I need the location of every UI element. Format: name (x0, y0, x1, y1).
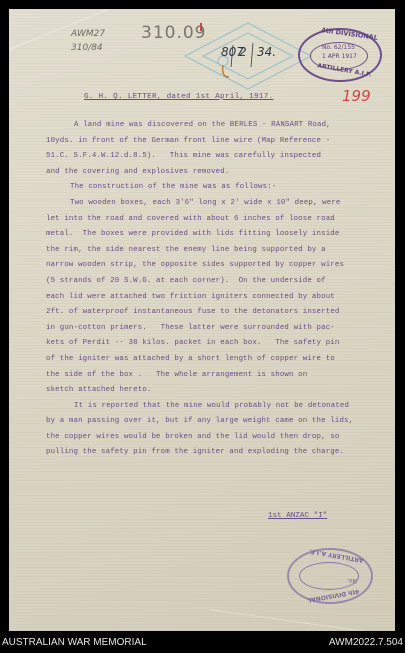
signature-block: 1st ANZAC "I" (268, 512, 327, 520)
text-line: the rim, the side nearest the enemy line… (46, 243, 376, 259)
text-line: 51.C. S.F.4.W.12.d.8.5). This mine was c… (46, 149, 376, 165)
text-line: the copper wires would be broken and the… (46, 430, 376, 446)
text-line: The construction of the mine was as foll… (46, 180, 376, 196)
division-stamp-date: 1 APR 1917 (322, 53, 357, 60)
paper-fold (209, 609, 387, 631)
text-line: metal. The boxes were provided with lids… (46, 227, 376, 243)
document-body: A land mine was discovered on the BERLES… (46, 118, 376, 461)
text-line: A land mine was discovered on the BERLES… (46, 118, 376, 134)
text-line: 2ft. of waterproof instantaneous fuse to… (46, 305, 376, 321)
handwritten-ref-top: AWM27 (71, 29, 105, 39)
bottom-stamp-inner (299, 562, 359, 590)
division-stamp-number: No. 62/155 (322, 44, 355, 51)
red-pencil-number: 199 (342, 87, 371, 105)
registry-entry-2: 2 (239, 45, 247, 59)
registry-stamp-diamond-icon (183, 21, 313, 91)
text-line: each lid were attached two friction igni… (46, 290, 376, 306)
registry-entry-3: 34. (257, 45, 276, 59)
registry-stamp: 807 2 34. (183, 21, 313, 91)
text-line: by a man passing over it, but if any lar… (46, 414, 376, 430)
handwritten-ref-bottom: 310/84 (71, 43, 103, 53)
text-line: in gun-cotton primers. These latter were… (46, 321, 376, 337)
document-page: AWM27 310/84 310.09 807 2 34. 4th DIVISI… (9, 9, 395, 631)
text-line: of the igniter was attached by a short l… (46, 352, 376, 368)
text-line: 10yds. in front of the German front line… (46, 134, 376, 150)
text-line: (5 strands of 20 S.W.G. at each corner).… (46, 274, 376, 290)
text-line: let into the road and covered with about… (46, 212, 376, 228)
bottom-stamp-number: No. (347, 577, 357, 584)
text-line: the side of the box . The whole arrangem… (46, 368, 376, 384)
text-line: sketch attached hereto. (46, 383, 376, 399)
text-line: and the covering and explosives removed. (46, 165, 376, 181)
text-line: kets of Perdit -- 38 kilos. packet in ea… (46, 336, 376, 352)
text-line: It is reported that the mine would proba… (46, 399, 376, 415)
footer-institution: AUSTRALIAN WAR MEMORIAL (2, 637, 147, 648)
text-line: pulling the safety pin from the igniter … (46, 445, 376, 461)
text-line: Two wooden boxes, each 3'6" long x 2' wi… (46, 196, 376, 212)
document-title: G. H. Q. LETTER, dated 1st April, 1917. (84, 93, 273, 101)
text-line: narrow wooden strip, the opposite sides … (46, 258, 376, 274)
footer-accession-number: AWM2022.7.504 (329, 637, 403, 648)
